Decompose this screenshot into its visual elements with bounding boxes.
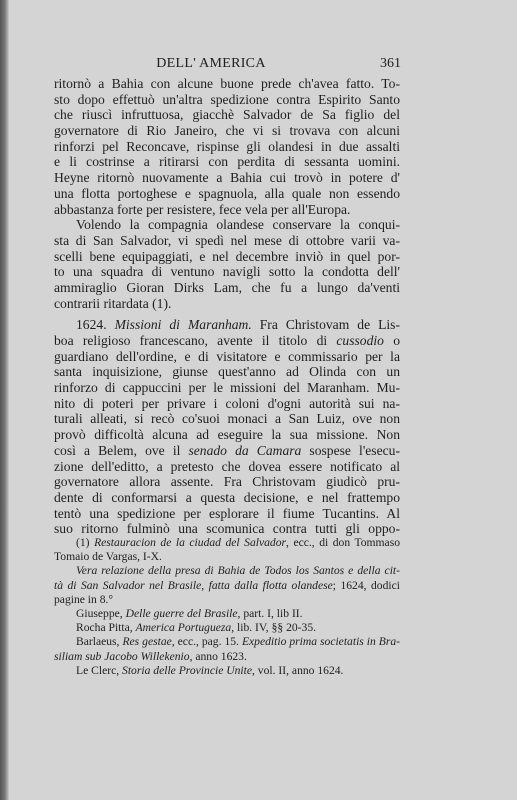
footnote-title: Storia delle Provincie Unite — [122, 664, 252, 677]
text-line: ammiraglio Gioran Dirks Lam, che fu a lu… — [54, 280, 400, 296]
text-line: ritornò a Bahia con alcune buone prede c… — [54, 76, 400, 92]
footnotes: (1) Restauracion de la ciudad del Salvad… — [54, 536, 400, 678]
body-text: ritornò a Bahia con alcune buone prede c… — [54, 76, 400, 537]
text-line: e li costrinse a ritirarsi con perdita d… — [54, 154, 400, 170]
text-line: una flotta portoghese e spagnuola, alla … — [54, 186, 400, 202]
paragraph-1: ritornò a Bahia con alcune buone prede c… — [54, 76, 400, 217]
footnote-line: Vera relazione della presa di Bahia de T… — [54, 564, 400, 578]
running-title: DELL' AMERICA — [61, 56, 361, 72]
text-line: turali alleati, si recò co'suoi monaci a… — [54, 411, 400, 427]
text-line: governatore di Rio Janeiro, che vi si tr… — [54, 123, 400, 139]
text-line: santa inquisizione, giunse quest'anno ad… — [54, 364, 400, 380]
footnote-title: Expeditio prima societatis in Bra- — [242, 635, 400, 648]
text-fragment: Fra Christovam de Lis- — [260, 317, 400, 332]
text-line: zione dell'editto, a pretesto che dovea … — [54, 459, 400, 475]
text-fragment: , lib. IV, §§ 20-35. — [231, 621, 316, 634]
book-binding-edge — [0, 0, 9, 800]
footnote-line: Barlaeus, Res gestae, ecc., pag. 15. Exp… — [54, 635, 400, 649]
text-line: sto dopo effettuò un'altra spedizione co… — [54, 92, 400, 108]
text-line: suo ritorno fulminò una scomunica contra… — [54, 521, 400, 537]
text-line: Heyne ritornò nuovamente a Bahia cui tro… — [54, 170, 400, 186]
footnote-marker: (1) — [76, 536, 90, 549]
italic-term: senado da Camara — [188, 443, 301, 458]
text-line: rinforzi pel Reconcave, rispinse gli ola… — [54, 139, 400, 155]
text-line: to una squadra di ventuno navigli sotto … — [54, 264, 400, 280]
footnote-title: Vera relazione della presa di Bahia de T… — [76, 564, 400, 577]
text-line: governatore allora assente. Fra Christov… — [54, 474, 400, 490]
text-line: scelli bene equipaggiati, e nel decembre… — [54, 249, 400, 265]
footnote-line: pagine in 8.° — [54, 593, 400, 607]
text-line: boa religioso francescano, avente il tit… — [54, 333, 400, 349]
section-year: 1624. — [76, 317, 107, 332]
footnote-author: Le Clerc, — [76, 664, 122, 677]
footnote-author: Rocha Pitta, — [76, 621, 136, 634]
text-line: provò difficoltà alcuna ad eseguire la s… — [54, 427, 400, 443]
text-line: rinforzo di cappuccini per le missioni d… — [54, 380, 400, 396]
text-fragment: , ecc., pag. 15. — [172, 635, 242, 648]
italic-term: cussodio — [336, 333, 384, 348]
text-fragment: , part. I, lib II. — [238, 607, 303, 620]
running-header: DELL' AMERICA 361 — [53, 56, 401, 74]
text-fragment: , ecc., di don Tommaso — [286, 536, 400, 549]
text-fragment: sospese l'esecu- — [309, 443, 400, 458]
footnote-title: Restauracion de la ciudad del Salvador — [94, 536, 286, 549]
text-line: così a Belem, ove il senado da Camara so… — [54, 443, 400, 459]
text-line: sta di San Salvador, vi spedì nel mese d… — [54, 233, 400, 249]
paragraph-2: Volendo la compagnia olandese conservare… — [54, 217, 400, 311]
text-line: 1624. Missioni di Maranham. Fra Christov… — [54, 317, 400, 333]
text-line: guardiano dell'ordine, e di visitatore e… — [54, 349, 400, 365]
text-fragment: così a Belem, ove il — [54, 443, 180, 458]
text-fragment: boa religioso francescano, avente il tit… — [54, 333, 327, 348]
footnote-line: tà di San Salvador nel Brasile, fatta da… — [54, 579, 400, 593]
paragraph-3-missioni: 1624. Missioni di Maranham. Fra Christov… — [54, 317, 400, 537]
text-fragment: ; 1624, dodici — [333, 579, 400, 592]
text-line: dente di conformarsi a questa decisione,… — [54, 490, 400, 506]
page-number: 361 — [380, 56, 401, 72]
footnote-line: Giuseppe, Delle guerre del Brasile, part… — [54, 607, 400, 621]
footnote-title: Res gestae — [122, 635, 171, 648]
footnote-title: Delle guerre del Brasile — [126, 607, 238, 620]
footnote-line: Rocha Pitta, America Portugueza, lib. IV… — [54, 621, 400, 635]
text-line: nito di poteri per privare i coloni d'og… — [54, 396, 400, 412]
footnote-title: America Portugueza — [136, 621, 232, 634]
footnote-title: siliam sub Jacobo Willekenio — [54, 650, 190, 663]
text-line: che riuscì infruttuosa, giacchè Salvador… — [54, 107, 400, 123]
text-line: Volendo la compagnia olandese conservare… — [54, 217, 400, 233]
footnote-author: Giuseppe, — [76, 607, 126, 620]
footnote-author: Barlaeus, — [76, 635, 122, 648]
footnote-title: tà di San Salvador nel Brasile, fatta da… — [54, 579, 333, 592]
footnote-line: Tomaio de Vargas, I-X. — [54, 550, 400, 564]
text-line: contrarii ritardata (1). — [54, 296, 400, 312]
footnote-line: siliam sub Jacobo Willekenio, anno 1623. — [54, 650, 400, 664]
footnote-line: Le Clerc, Storia delle Provincie Unite, … — [54, 664, 400, 678]
text-fragment: , vol. II, anno 1624. — [252, 664, 343, 677]
text-line: tentò una spedizione per esplorare il fi… — [54, 506, 400, 522]
section-title: Missioni di Maranham. — [115, 317, 252, 332]
text-line: abbastanza forte per resistere, fece vel… — [54, 202, 400, 218]
book-page: DELL' AMERICA 361 ritornò a Bahia con al… — [9, 0, 517, 800]
footnote-1: (1) Restauracion de la ciudad del Salvad… — [54, 536, 400, 550]
text-fragment: , anno 1623. — [190, 650, 247, 663]
text-fragment: o — [393, 333, 400, 348]
